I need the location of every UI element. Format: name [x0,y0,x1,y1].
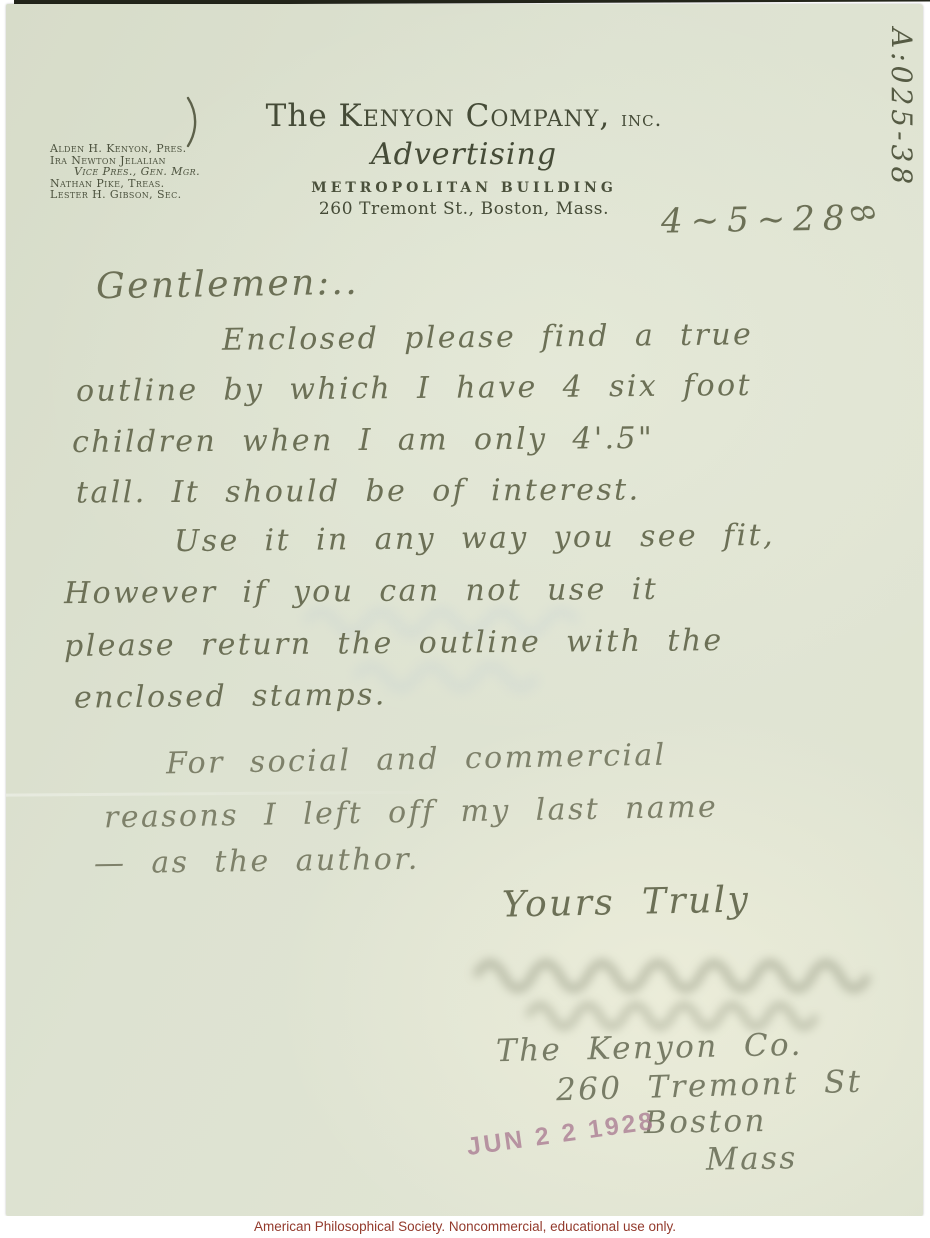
body-line: please return the outline with the [64,623,724,664]
closing-line: Yours Truly [502,879,751,925]
body-line: enclosed stamps. [74,677,387,715]
body-line: Use it in any way you see fit, [174,518,775,559]
body-line: reasons I left off my last name [104,790,719,836]
company-name-inc: inc. [621,107,662,131]
scanned-letter: Alden H. Kenyon, Pres. Ira Newton Jelali… [0,0,930,1238]
caption-strip: American Philosophical Society. Noncomme… [0,1216,930,1238]
body-line: tall. It should be of interest. [76,473,641,511]
officer-line: Alden H. Kenyon, Pres. [50,143,200,155]
archival-code: A:025-38 [885,28,918,258]
signature-line: 260 Tremont St [556,1064,863,1109]
body-line: Enclosed please find a true [222,317,753,358]
company-building: METROPOLITAN BUILDING [234,180,694,196]
company-address: 260 Tremont St., Boston, Mass. [234,199,694,219]
company-name-the: The [266,98,328,134]
body-line: outline by which I have 4 six foot [76,368,752,409]
repository-caption: American Philosophical Society. Noncomme… [0,1216,930,1238]
body-line: However if you can not use it [64,572,658,611]
signature-line: Boston [644,1103,767,1141]
company-name-main: Kenyon Company, [339,98,611,134]
officer-line: Lester H. Gibson, Sec. [50,189,200,201]
body-line: For social and commercial [166,738,667,782]
company-name: The Kenyon Company, inc. [234,98,694,134]
officer-list: Alden H. Kenyon, Pres. Ira Newton Jelali… [50,143,200,201]
signature-line: The Kenyon Co. [496,1027,803,1069]
body-line: — as the author. [94,842,420,882]
salutation: Gentlemen:.. [96,262,360,308]
body-line: children when I am only 4'.5" [72,421,654,460]
redacted-signature-line [522,992,862,1032]
received-date-stamp: JUN 2 2 1928 [465,1107,657,1162]
redacted-signature-line [468,946,898,992]
pen-mark [182,96,204,148]
handwritten-date: 4~5~28 [661,198,853,241]
letter-paper: Alden H. Kenyon, Pres. Ira Newton Jelali… [6,4,923,1216]
signature-line: Mass [706,1140,798,1178]
letterhead: The Kenyon Company, inc. Advertising MET… [234,98,694,219]
company-tagline: Advertising [234,137,694,172]
